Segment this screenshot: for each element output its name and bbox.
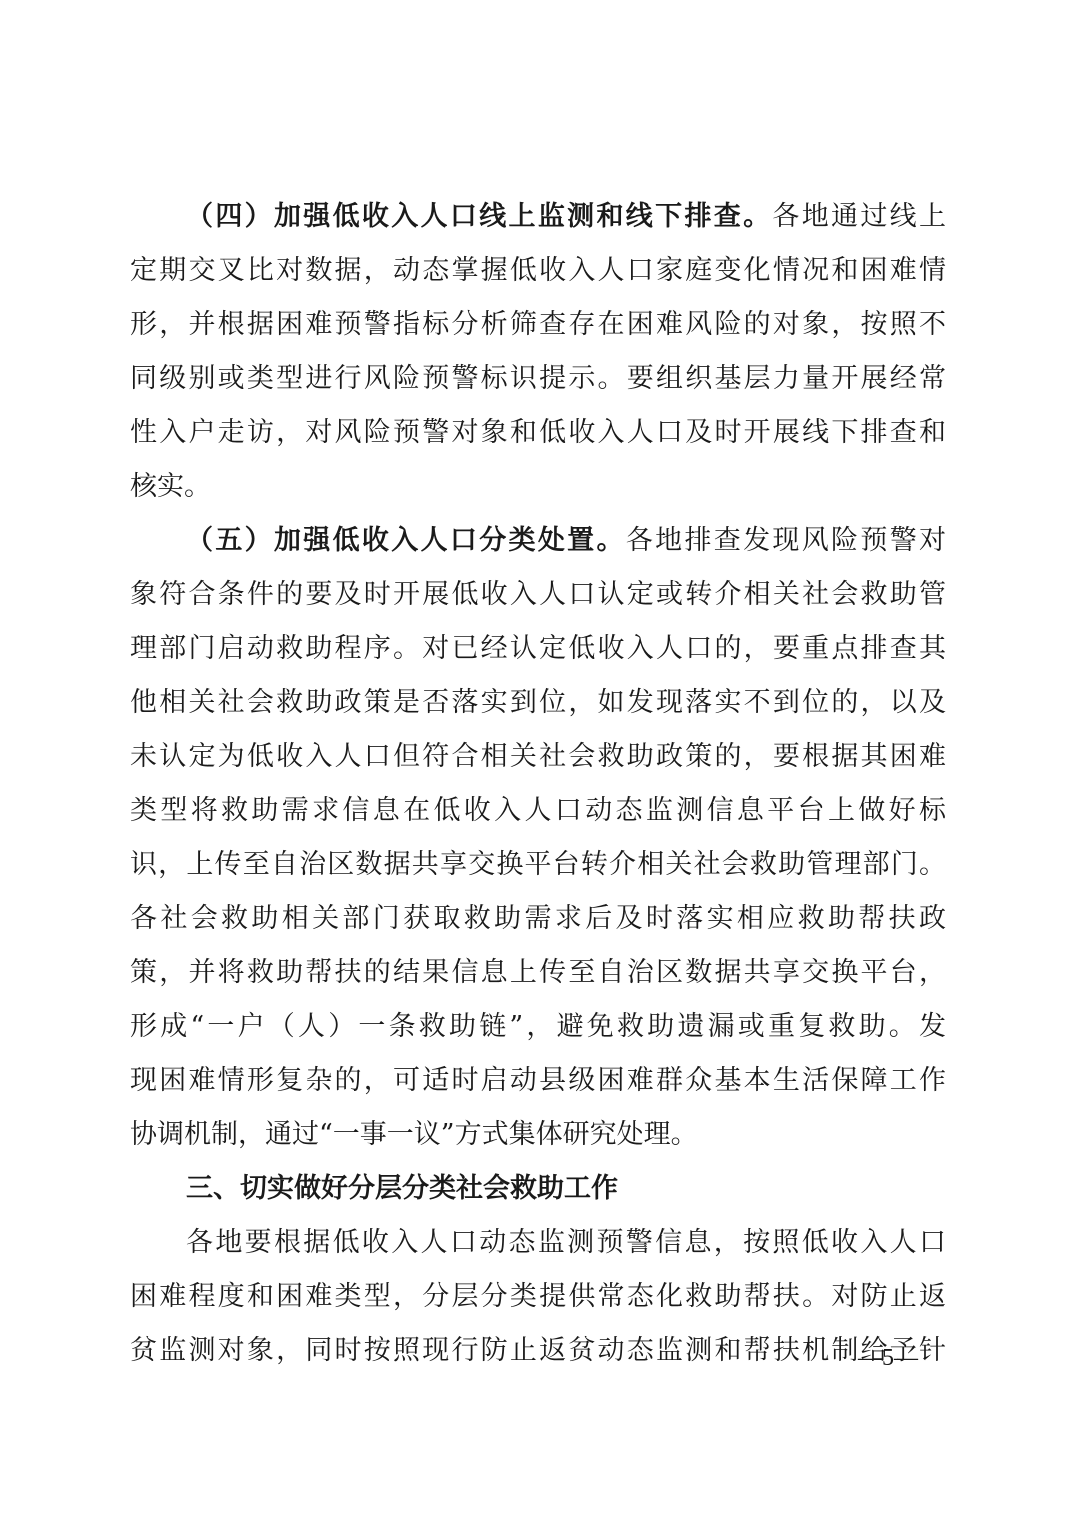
paragraph-line: 类型将救助需求信息在低收入人口动态监测信息平台上做好标 — [130, 784, 946, 838]
paragraph-line: 性入户走访，对风险预警对象和低收入人口及时开展线下排查和 — [130, 406, 946, 460]
paragraph-line: 现困难情形复杂的，可适时启动县级困难群众基本生活保障工作 — [130, 1054, 946, 1108]
document-page: （四）加强低收入人口线上监测和线下排查。各地通过线上 定期交叉比对数据，动态掌握… — [130, 190, 946, 1378]
paragraph-line: 困难程度和困难类型，分层分类提供常态化救助帮扶。对防止返 — [130, 1270, 946, 1324]
paragraph-line: 核实。 — [130, 460, 946, 514]
paragraph-line: 各社会救助相关部门获取救助需求后及时落实相应救助帮扶政 — [130, 892, 946, 946]
paragraph-line: 同级别或类型进行风险预警标识提示。要组织基层力量开展经常 — [130, 352, 946, 406]
paragraph-line: 未认定为低收入人口但符合相关社会救助政策的，要根据其困难 — [130, 730, 946, 784]
paragraph-line: 各地要根据低收入人口动态监测预警信息，按照低收入人口 — [130, 1216, 946, 1270]
paragraph-line: 策，并将救助帮扶的结果信息上传至自治区数据共享交换平台， — [130, 946, 946, 1000]
paragraph-line: 贫监测对象，同时按照现行防止返贫动态监测和帮扶机制给予针 — [130, 1324, 946, 1378]
page-number: —5— — [858, 1345, 918, 1372]
paragraph-section-4-line-1: （四）加强低收入人口线上监测和线下排查。各地通过线上 — [130, 190, 946, 244]
paragraph-line: 形，并根据困难预警指标分析筛查存在困难风险的对象，按照不 — [130, 298, 946, 352]
section-3-heading: 三、切实做好分层分类社会救助工作 — [130, 1162, 946, 1216]
paragraph-line: 形成“一户（人）一条救助链”，避免救助遗漏或重复救助。发 — [130, 1000, 946, 1054]
paragraph-line: 他相关社会救助政策是否落实到位，如发现落实不到位的，以及 — [130, 676, 946, 730]
paragraph-line: 识，上传至自治区数据共享交换平台转介相关社会救助管理部门。 — [130, 838, 946, 892]
paragraph-line: 理部门启动救助程序。对已经认定低收入人口的，要重点排查其 — [130, 622, 946, 676]
section-4-title: （四）加强低收入人口线上监测和线下排查。 — [186, 201, 772, 232]
paragraph-line: 象符合条件的要及时开展低收入人口认定或转介相关社会救助管 — [130, 568, 946, 622]
paragraph-line: 协调机制，通过“一事一议”方式集体研究处理。 — [130, 1108, 946, 1162]
paragraph-line: 定期交叉比对数据，动态掌握低收入人口家庭变化情况和困难情 — [130, 244, 946, 298]
section-5-title: （五）加强低收入人口分类处置。 — [186, 525, 626, 556]
paragraph-section-5-line-1: （五）加强低收入人口分类处置。各地排查发现风险预警对 — [130, 514, 946, 568]
